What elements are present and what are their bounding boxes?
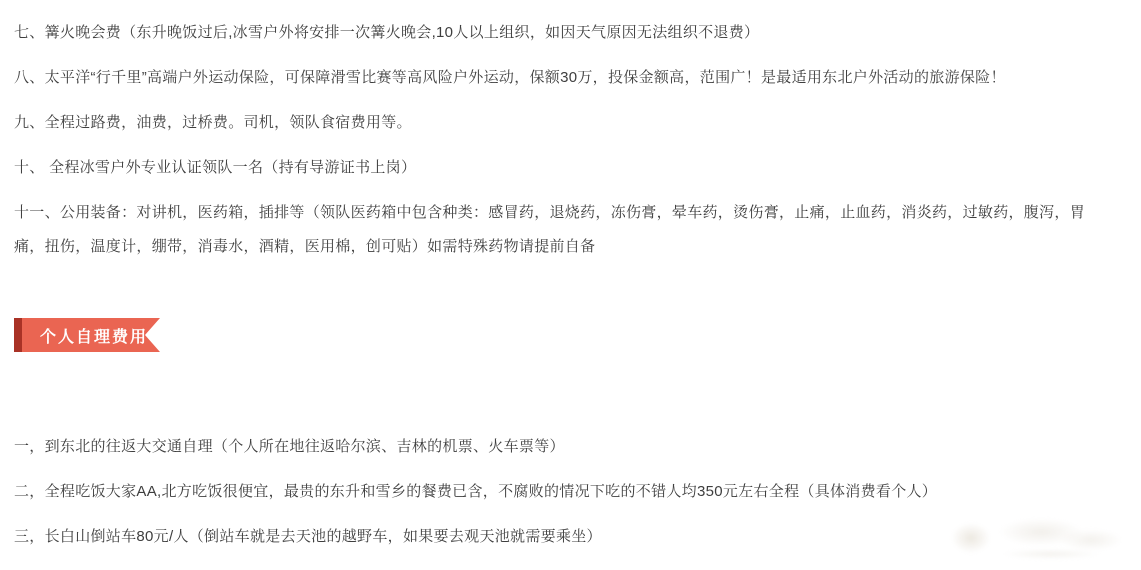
included-cost-item-9: 九、全程过路费，油费，过桥费。司机，领队食宿费用等。 xyxy=(14,106,1113,140)
ribbon-flag: 个人自理费用 xyxy=(22,318,160,352)
ribbon-left-bar xyxy=(14,318,22,352)
self-pay-ribbon-label: 个人自理费用 xyxy=(40,324,148,347)
included-costs-section: 七、篝火晚会费（东升晚饭过后,冰雪户外将安排一次篝火晚会,10人以上组织，如因天… xyxy=(0,0,1141,264)
document-page: 七、篝火晚会费（东升晚饭过后,冰雪户外将安排一次篝火晚会,10人以上组织，如因天… xyxy=(0,0,1141,570)
self-pay-item-2: 二，全程吃饭大家AA,北方吃饭很便宜，最贵的东升和雪乡的餐费已含，不腐败的情况下… xyxy=(14,475,1113,509)
self-pay-section: 一，到东北的往返大交通自理（个人所在地往返哈尔滨、吉林的机票、火车票等） 二，全… xyxy=(0,414,1141,554)
included-cost-item-7: 七、篝火晚会费（东升晚饭过后,冰雪户外将安排一次篝火晚会,10人以上组织，如因天… xyxy=(14,16,1113,50)
self-pay-item-1: 一，到东北的往返大交通自理（个人所在地往返哈尔滨、吉林的机票、火车票等） xyxy=(14,430,1113,464)
self-pay-ribbon: 个人自理费用 xyxy=(14,318,160,352)
included-cost-item-11: 十一、公用装备：对讲机，医药箱，插排等（领队医药箱中包含种类：感冒药，退烧药，冻… xyxy=(14,196,1113,264)
included-cost-item-8: 八、太平洋“行千里”高端户外运动保险，可保障滑雪比赛等高风险户外运动，保额30万… xyxy=(14,61,1113,95)
included-cost-item-10: 十、 全程冰雪户外专业认证领队一名（持有导游证书上岗） xyxy=(14,151,1113,185)
self-pay-item-3: 三，长白山倒站车80元/人（倒站车就是去天池的越野车，如果要去观天池就需要乘坐） xyxy=(14,520,1113,554)
